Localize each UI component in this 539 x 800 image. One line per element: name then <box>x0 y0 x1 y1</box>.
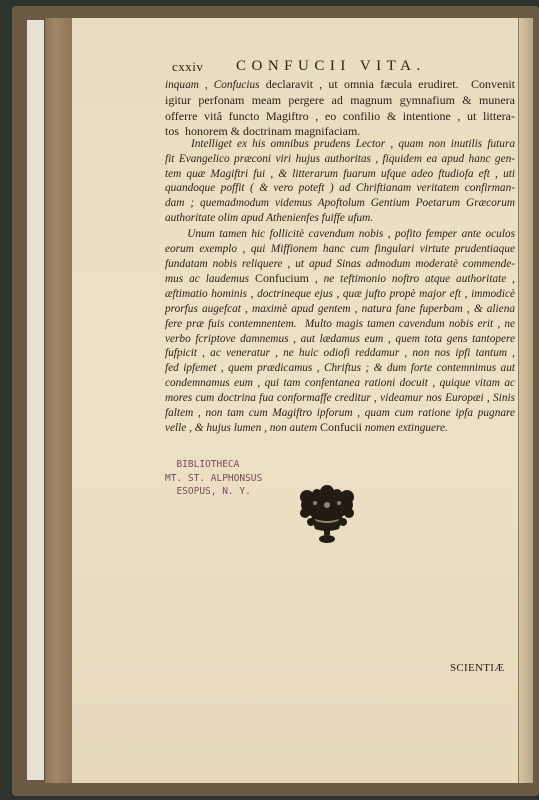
text-line: faltem , non tam cum Magiftro ipforum , … <box>165 406 515 421</box>
text-line: eorum exemplo , qui Miffionem hanc cum f… <box>165 242 515 257</box>
text-run: inquam , Confucius <box>165 79 260 91</box>
text-run: æftimatio hominis , doctrineque ejus , q… <box>165 288 515 300</box>
paragraph-1: inquam , Confucius declaravit , ut omnia… <box>165 77 515 140</box>
endpaper-edge <box>27 20 45 780</box>
text-run: fed ipfemet , quem prædicamus , Chriftus… <box>165 362 515 374</box>
text-run: authoritate olim apud Athenienfes fuiffe… <box>165 212 373 224</box>
stamp-line: ESOPUS, N. Y. <box>165 485 262 499</box>
text-run: tem quæ Magiftri fui , & litterarum fuar… <box>165 168 515 180</box>
text-run: velle , & hujus lumen , non autem <box>165 422 320 434</box>
text-run: quandoque poffit ( & vero poteft ) ad Ch… <box>165 182 515 194</box>
text-line: prorfus augefcat , maximè apud gentem , … <box>165 302 515 317</box>
flower-vase-ornament-icon <box>297 485 357 547</box>
text-run: , ne teftimonio noftro atque authoritate… <box>309 273 515 285</box>
text-run: Intelliget ex his omnibus prudens Lector… <box>165 138 515 150</box>
text-run: nomen extinguere. <box>362 422 448 434</box>
page-gutter <box>518 18 533 783</box>
library-stamp: BIBLIOTHECA MT. ST. ALPHONSUS ESOPUS, N.… <box>165 458 262 499</box>
page-number: cxxiv <box>172 59 203 75</box>
text-line: fit Evangelico præconi viri hujus author… <box>165 152 515 167</box>
text-run: fit Evangelico præconi viri hujus author… <box>165 153 515 165</box>
text-line: dam ; quemadmodum videmus Apoftolum Gent… <box>165 196 515 211</box>
paragraph-2: Intelliget ex his omnibus prudens Lector… <box>165 137 515 226</box>
text-line: Unum tamen hic follicitè cavendum nobis … <box>165 227 515 242</box>
text-run: fufpicit , ac veneratur , ne huic odiofi… <box>165 347 515 359</box>
catchword: SCIENTIÆ <box>450 662 504 674</box>
text-line: fere præ fuis contemnentem. Multo magis … <box>165 317 515 332</box>
text-run: Unum tamen hic follicitè cavendum nobis … <box>165 228 515 240</box>
page-block-edge <box>44 18 73 783</box>
text-run: condemnamus eum , qui tam confentanea ra… <box>165 377 515 389</box>
text-line: inquam , Confucius declaravit , ut omnia… <box>165 77 515 93</box>
text-line: mores cum doctrina fua conformaffe credi… <box>165 391 515 406</box>
text-run: verbo fcriptove damnemus , aut lædamus e… <box>165 333 515 345</box>
text-line: verbo fcriptove damnemus , aut lædamus e… <box>165 332 515 347</box>
text-run: mus ac laudemus <box>165 273 255 285</box>
stamp-line: MT. ST. ALPHONSUS <box>165 472 262 486</box>
text-run: prorfus augefcat , maximè apud gentem , … <box>165 303 515 315</box>
text-line: offerre vitâ functo Magiftro , eo confil… <box>165 109 515 125</box>
text-line: Intelliget ex his omnibus prudens Lector… <box>165 137 515 152</box>
text-line: fundatam nobis reliquere , ut apud Sinas… <box>165 257 515 272</box>
text-run: declaravit , ut omnia fæcula erudiret. C… <box>260 77 515 91</box>
stamp-line: BIBLIOTHECA <box>165 458 262 472</box>
text-line: igitur perfonam meam pergere ad magnum g… <box>165 93 515 109</box>
text-run: faltem , non tam cum Magiftro ipforum , … <box>165 407 515 419</box>
running-title: CONFUCII VITA. <box>236 58 426 75</box>
text-line: condemnamus eum , qui tam confentanea ra… <box>165 376 515 391</box>
text-run: eorum exemplo , qui Miffionem hanc cum f… <box>165 243 515 255</box>
text-run: dam ; quemadmodum videmus Apoftolum Gent… <box>165 197 515 209</box>
text-run: igitur perfonam meam pergere ad magnum g… <box>165 93 515 107</box>
text-line: quandoque poffit ( & vero poteft ) ad Ch… <box>165 181 515 196</box>
text-line: fufpicit , ac veneratur , ne huic odiofi… <box>165 346 515 361</box>
text-run: fundatam nobis reliquere , ut apud Sinas… <box>165 258 515 270</box>
text-run: Confucii <box>320 420 362 434</box>
text-run: mores cum doctrina fua conformaffe credi… <box>165 392 515 404</box>
text-line: authoritate olim apud Athenienfes fuiffe… <box>165 211 515 226</box>
text-line: mus ac laudemus Confucium , ne teftimoni… <box>165 271 515 287</box>
text-run: Confucium <box>255 271 309 285</box>
text-run: offerre vitâ functo Magiftro , eo confil… <box>165 109 515 123</box>
paragraph-3: Unum tamen hic follicitè cavendum nobis … <box>165 227 515 436</box>
text-line: tem quæ Magiftri fui , & litterarum fuar… <box>165 167 515 182</box>
text-line: æftimatio hominis , doctrineque ejus , q… <box>165 287 515 302</box>
text-line: fed ipfemet , quem prædicamus , Chriftus… <box>165 361 515 376</box>
page-header: cxxiv CONFUCII VITA. <box>172 58 514 76</box>
text-line: velle , & hujus lumen , non autem Confuc… <box>165 420 515 436</box>
text-run: fere præ fuis contemnentem. Multo magis … <box>165 318 515 330</box>
